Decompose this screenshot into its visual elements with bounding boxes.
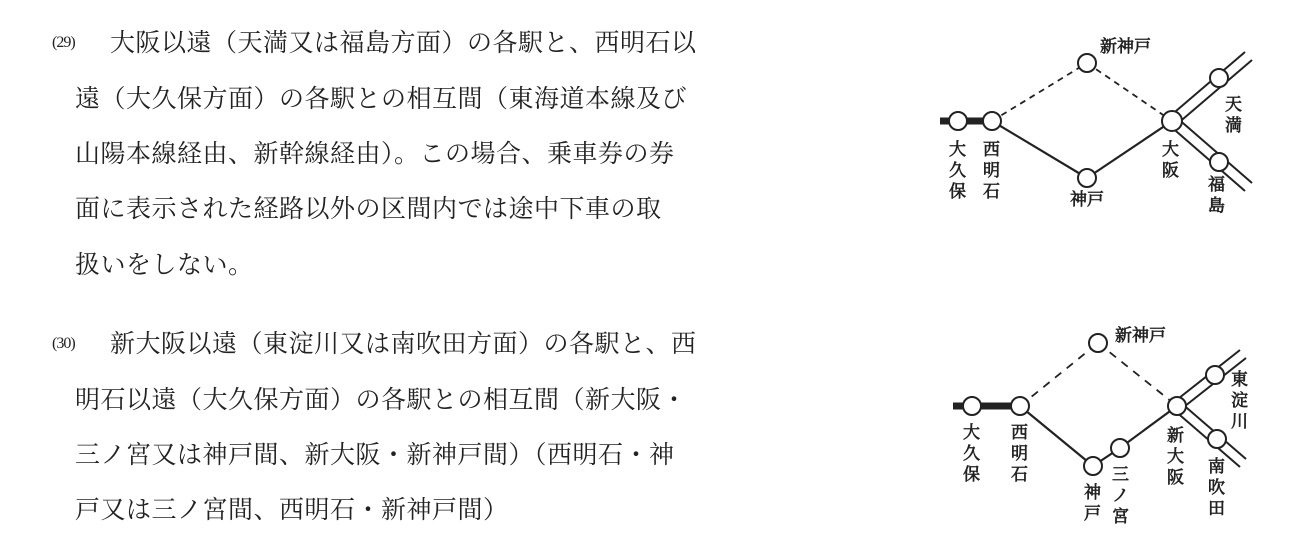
svg-text:明: 明 <box>1011 444 1028 464</box>
svg-text:吹: 吹 <box>1208 477 1225 498</box>
station-shin-kobe <box>1089 334 1107 352</box>
label-sannomiya: 三ノ宮 <box>1112 465 1129 527</box>
svg-text:神: 神 <box>1084 482 1101 503</box>
svg-text:石: 石 <box>1011 465 1028 485</box>
svg-text:東: 東 <box>1231 369 1248 390</box>
svg-text:三: 三 <box>1112 465 1129 485</box>
svg-text:大: 大 <box>963 422 980 443</box>
svg-text:田: 田 <box>1208 499 1225 519</box>
label-shin-kobe: 新神戸 <box>1115 325 1166 346</box>
label-shin-osaka: 新大阪 <box>1167 425 1184 488</box>
station-nishi-akashi <box>1011 397 1029 415</box>
svg-text:川: 川 <box>1231 412 1248 432</box>
svg-text:宮: 宮 <box>1112 506 1129 527</box>
station-okubo <box>963 397 981 415</box>
station-sannomiya <box>1111 439 1129 457</box>
station-minami-suita <box>1208 430 1226 448</box>
svg-text:新: 新 <box>1167 425 1184 446</box>
label-minami-suita: 南吹田 <box>1208 456 1225 519</box>
route-diagram-30: 新神戸 大久保 西明石 神戸 三ノ宮 新大阪 東淀川 南吹田 <box>0 0 1299 555</box>
label-kobe: 神戸 <box>1084 482 1101 524</box>
svg-text:南: 南 <box>1208 456 1225 477</box>
svg-text:ノ: ノ <box>1112 486 1129 506</box>
svg-text:久: 久 <box>963 443 980 464</box>
label-higashi-yodogawa: 東淀川 <box>1231 369 1248 432</box>
svg-text:戸: 戸 <box>1084 504 1101 524</box>
svg-text:保: 保 <box>963 464 980 485</box>
label-okubo: 大久保 <box>963 422 980 485</box>
svg-text:大: 大 <box>1167 446 1184 467</box>
station-shin-osaka <box>1168 397 1186 415</box>
svg-text:淀: 淀 <box>1231 390 1248 411</box>
svg-text:阪: 阪 <box>1167 468 1184 488</box>
svg-text:西: 西 <box>1011 423 1028 443</box>
station-kobe <box>1084 457 1102 475</box>
station-higashi-yodogawa <box>1206 366 1224 384</box>
label-nishi-akashi: 西明石 <box>1011 423 1028 485</box>
